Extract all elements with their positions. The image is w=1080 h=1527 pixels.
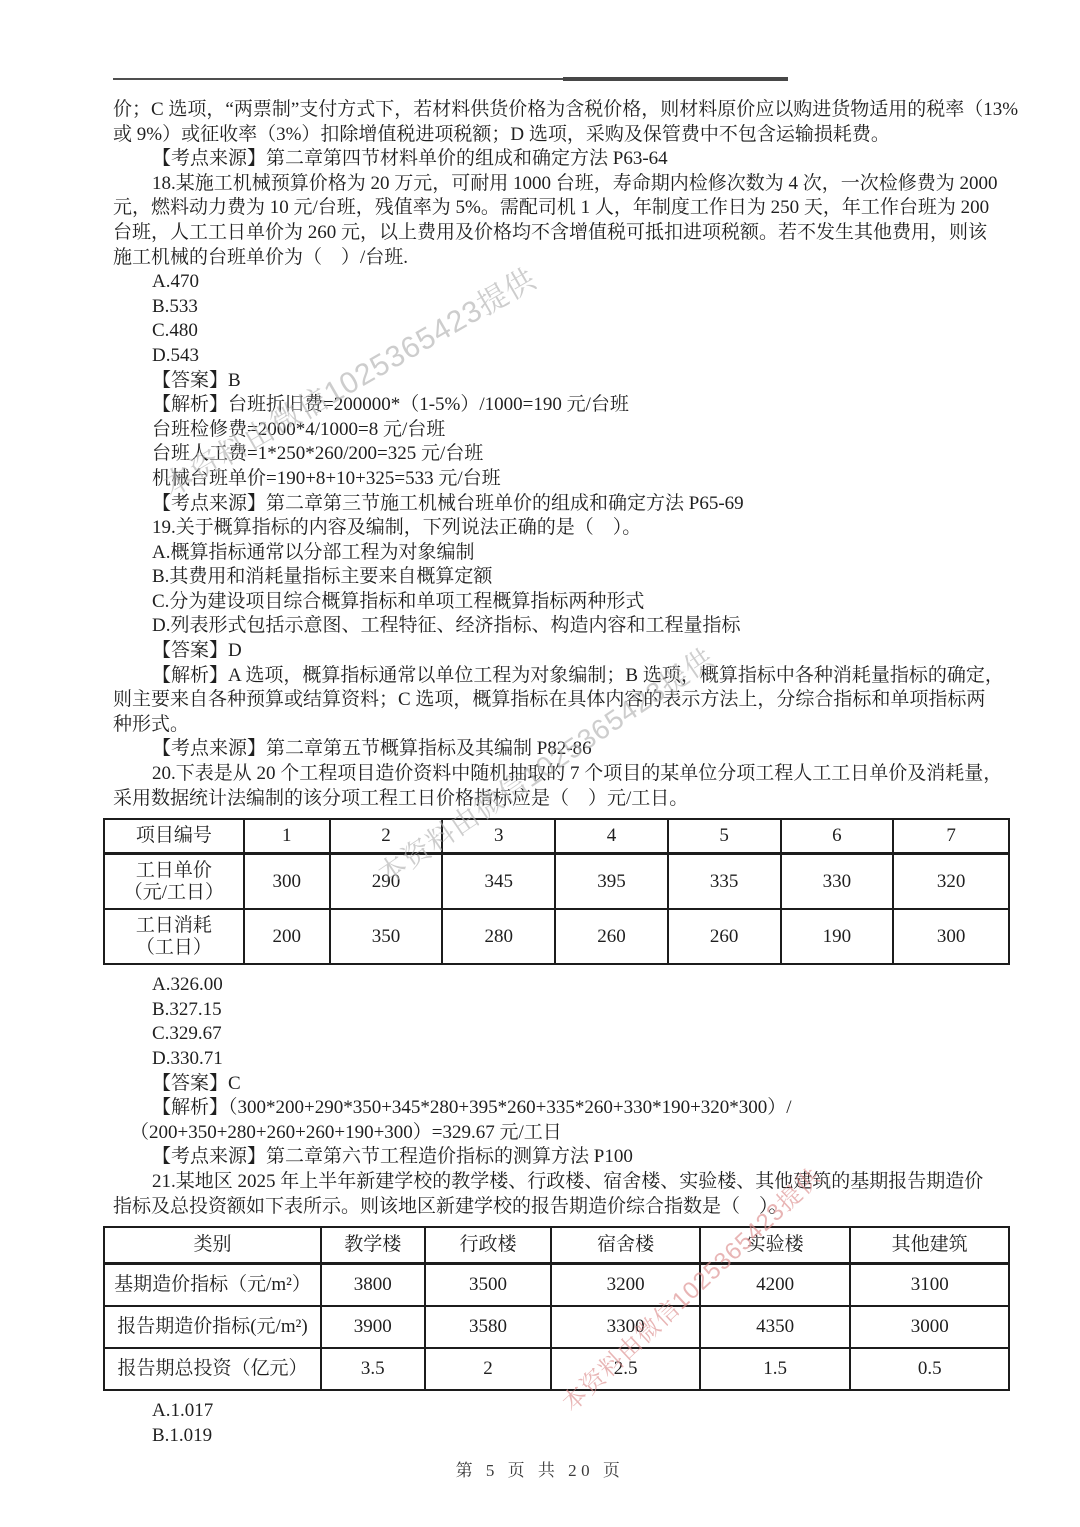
text-line: A.概算指标通常以分部工程为对象编制: [113, 541, 1010, 566]
table-cell: 基期造价指标（元/m²）: [104, 1264, 321, 1307]
text-line: B.1.019: [113, 1424, 1010, 1449]
text-line: D.列表形式包括示意图、工程特征、经济指标、构造内容和工程量指标: [113, 614, 1010, 639]
table-cell: 395: [555, 854, 668, 910]
text-line: （200+350+280+260+260+190+300）=329.67 元/工…: [113, 1121, 1010, 1146]
text-line: B.其费用和消耗量指标主要来自概算定额: [113, 565, 1010, 590]
text-line: 【解析】台班折旧费=200000*（1-5%）/1000=190 元/台班: [113, 393, 1010, 418]
table-cell: 330: [781, 854, 894, 910]
text-block-question-20-21: A.326.00B.327.15C.329.67D.330.71【答案】C【解析…: [113, 973, 1010, 1219]
table-cell: 2.5: [551, 1348, 700, 1390]
table-header-cell: 5: [668, 819, 781, 854]
table-cell: 280: [442, 909, 555, 964]
table-cell: 4200: [700, 1264, 851, 1307]
text-line: 【考点来源】第二章第五节概算指标及其编制 P82-86: [113, 737, 1010, 762]
text-line: 20.下表是从 20 个工程项目造价资料中随机抽取的 7 个项目的某单位分项工程…: [113, 762, 1010, 787]
table-header-cell: 项目编号: [104, 819, 244, 854]
text-line: 台班，人工工日单价为 260 元，以上费用及价格均不含增值税可抵扣进项税额。若不…: [113, 221, 1010, 246]
table-cell: 350: [330, 909, 443, 964]
table-header-cell: 教学楼: [321, 1227, 425, 1264]
school-cost-index-table: 类别教学楼行政楼宿舍楼实验楼其他建筑基期造价指标（元/m²）3800350032…: [103, 1226, 1010, 1391]
text-line: A.470: [113, 270, 1010, 295]
text-line: 台班检修费=2000*4/1000=8 元/台班: [113, 418, 1010, 443]
text-line: 价；C 选项，“两票制”支付方式下，若材料供货价格为含税价格，则材料原价应以购进…: [113, 98, 1010, 123]
text-line: 【解析】（300*200+290*350+345*280+395*260+335…: [113, 1096, 1010, 1121]
text-line: A.1.017: [113, 1399, 1010, 1424]
text-line: 或 9%）或征收率（3%）扣除增值税进项税额；D 选项，采购及保管费中不包含运输…: [113, 123, 1010, 148]
table-header-cell: 类别: [104, 1227, 321, 1264]
table-cell: 工日消耗（工日）: [104, 909, 244, 964]
text-line: 指标及总投资额如下表所示。则该地区新建学校的报告期造价综合指数是（ ）。: [113, 1195, 1010, 1220]
table-header-cell: 1: [244, 819, 330, 854]
text-line: 施工机械的台班单价为（ ）/台班.: [113, 246, 1010, 271]
table-cell: 1.5: [700, 1348, 851, 1390]
text-line: 台班人工费=1*250*260/200=325 元/台班: [113, 442, 1010, 467]
table-cell: 200: [244, 909, 330, 964]
table-cell: 300: [893, 909, 1009, 964]
table-cell: 3.5: [321, 1348, 425, 1390]
table-header-cell: 7: [893, 819, 1009, 854]
table-header-cell: 2: [330, 819, 443, 854]
text-line: C.480: [113, 319, 1010, 344]
table-cell: 3500: [425, 1264, 552, 1307]
table-cell: 3000: [850, 1306, 1009, 1348]
table-cell: 0.5: [850, 1348, 1009, 1390]
text-line: 种形式。: [113, 713, 1010, 738]
table-cell: 3200: [551, 1264, 700, 1307]
page-footer: 第 5 页 共 20 页: [0, 1456, 1080, 1481]
table-cell: 320: [893, 854, 1009, 910]
table-header-cell: 4: [555, 819, 668, 854]
text-line: 【答案】C: [113, 1072, 1010, 1097]
table-cell: 工日单价（元/工日）: [104, 854, 244, 910]
text-line: D.330.71: [113, 1047, 1010, 1072]
table-cell: 4350: [700, 1306, 851, 1348]
table-cell: 300: [244, 854, 330, 910]
table-cell: 290: [330, 854, 443, 910]
text-line: 【考点来源】第二章第三节施工机械台班单价的组成和确定方法 P65-69: [113, 492, 1010, 517]
document-content: 价；C 选项，“两票制”支付方式下，若材料供货价格为含税价格，则材料原价应以购进…: [113, 98, 1010, 1448]
text-line: 采用数据统计法编制的该分项工程工日价格指标应是（ ）元/工日。: [113, 787, 1010, 812]
table-cell: 335: [668, 854, 781, 910]
text-line: C.分为建设项目综合概算指标和单项工程概算指标两种形式: [113, 590, 1010, 615]
text-line: 【答案】B: [113, 369, 1010, 394]
table-cell: 3800: [321, 1264, 425, 1307]
table-cell: 3100: [850, 1264, 1009, 1307]
table-cell: 260: [555, 909, 668, 964]
table-header-cell: 6: [781, 819, 894, 854]
table-header-cell: 行政楼: [425, 1227, 552, 1264]
text-line: A.326.00: [113, 973, 1010, 998]
text-line: D.543: [113, 344, 1010, 369]
text-block-question-21-options: A.1.017B.1.019: [113, 1399, 1010, 1448]
text-line: C.329.67: [113, 1022, 1010, 1047]
text-line: 【考点来源】第二章第六节工程造价指标的测算方法 P100: [113, 1145, 1010, 1170]
text-line: 【答案】D: [113, 639, 1010, 664]
table-header-cell: 其他建筑: [850, 1227, 1009, 1264]
table-cell: 2: [425, 1348, 552, 1390]
text-line: 21.某地区 2025 年上半年新建学校的教学楼、行政楼、宿舍楼、实验楼、其他建…: [113, 1170, 1010, 1195]
text-line: B.327.15: [113, 998, 1010, 1023]
text-line: 【解析】A 选项，概算指标通常以单位工程为对象编制；B 选项，概算指标中各种消耗…: [113, 664, 1010, 689]
text-block-questions-18-20: 价；C 选项，“两票制”支付方式下，若材料供货价格为含税价格，则材料原价应以购进…: [113, 98, 1010, 811]
table-cell: 3300: [551, 1306, 700, 1348]
text-line: 19.关于概算指标的内容及编制，下列说法正确的是（ ）。: [113, 516, 1010, 541]
document-page: 本资料由微信1025365423提供本资料由微信1025365423提供本资料由…: [0, 0, 1080, 1527]
header-rule-thick-segment: [563, 77, 788, 81]
table-cell: 260: [668, 909, 781, 964]
text-line: 元，燃料动力费为 10 元/台班，残值率为 5%。需配司机 1 人，年制度工作日…: [113, 196, 1010, 221]
table-cell: 报告期造价指标(元/m²): [104, 1306, 321, 1348]
text-line: 机械台班单价=190+8+10+325=533 元/台班: [113, 467, 1010, 492]
text-line: 【考点来源】第二章第四节材料单价的组成和确定方法 P63-64: [113, 147, 1010, 172]
table-cell: 190: [781, 909, 894, 964]
text-line: 18.某施工机械预算价格为 20 万元，可耐用 1000 台班，寿命期内检修次数…: [113, 172, 1010, 197]
table-header-cell: 3: [442, 819, 555, 854]
table-header-cell: 宿舍楼: [551, 1227, 700, 1264]
table-cell: 3580: [425, 1306, 552, 1348]
labor-day-price-table: 项目编号1234567工日单价（元/工日）3002903453953353303…: [103, 818, 1010, 965]
table-header-cell: 实验楼: [700, 1227, 851, 1264]
table-cell: 3900: [321, 1306, 425, 1348]
table-cell: 345: [442, 854, 555, 910]
table-cell: 报告期总投资（亿元）: [104, 1348, 321, 1390]
text-line: B.533: [113, 295, 1010, 320]
header-rule: [113, 78, 565, 80]
text-line: 则主要来自各种预算或结算资料；C 选项，概算指标在具体内容的表示方法上，分综合指…: [113, 688, 1010, 713]
